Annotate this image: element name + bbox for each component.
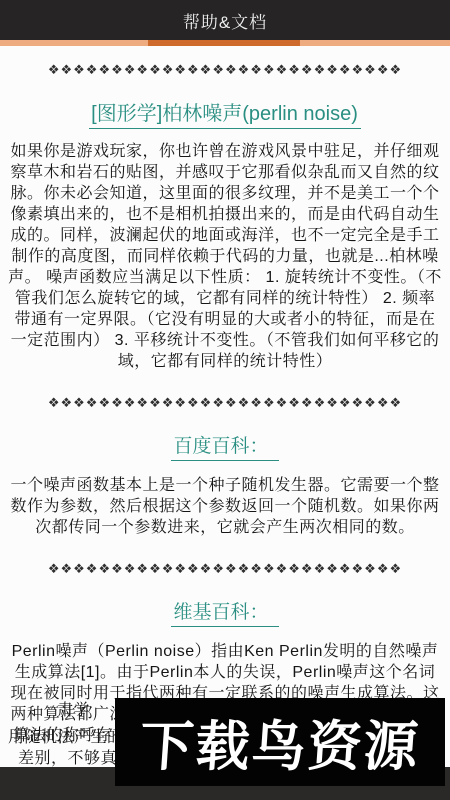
article-title-text: [图形学]柏林噪声(perlin noise) xyxy=(89,97,361,129)
article-title-link[interactable]: [图形学]柏林噪声(perlin noise) xyxy=(8,91,442,129)
ornament-divider: ❖❖❖❖❖❖❖❖❖❖❖❖❖❖❖❖❖❖❖❖❖❖❖❖❖❖❖❖ xyxy=(8,394,442,411)
section-heading-baidu[interactable]: 百度百科： xyxy=(8,431,442,461)
app-header: 帮助&文档 xyxy=(0,0,450,40)
scroll-indicator-thumb[interactable] xyxy=(148,40,300,46)
watermark-overlay: 下载鸟资源 xyxy=(115,698,445,786)
scroll-indicator-track xyxy=(0,40,450,46)
section-heading-wiki[interactable]: 维基百科： xyxy=(8,597,442,627)
ornament-divider: ❖❖❖❖❖❖❖❖❖❖❖❖❖❖❖❖❖❖❖❖❖❖❖❖❖❖❖❖ xyxy=(8,560,442,577)
page-title: 帮助&文档 xyxy=(183,8,267,33)
app-screen: 帮助&文档 ❖❖❖❖❖❖❖❖❖❖❖❖❖❖❖❖❖❖❖❖❖❖❖❖❖❖❖❖ [图形学]… xyxy=(0,0,450,800)
watermark-text: 下载鸟资源 xyxy=(137,704,422,781)
section-body-baidu: 一个噪声函数基本上是一个种子随机发生器。它需要一个整数作为参数，然后根据这个参数… xyxy=(8,475,442,538)
section-heading-baidu-text: 百度百科： xyxy=(171,431,278,461)
ornament-divider: ❖❖❖❖❖❖❖❖❖❖❖❖❖❖❖❖❖❖❖❖❖❖❖❖❖❖❖❖ xyxy=(8,61,442,78)
document-content: ❖❖❖❖❖❖❖❖❖❖❖❖❖❖❖❖❖❖❖❖❖❖❖❖❖❖❖❖ [图形学]柏林噪声(p… xyxy=(0,61,450,746)
section-heading-wiki-text: 维基百科： xyxy=(171,597,278,627)
article-intro-paragraph: 如果你是游戏玩家，你也许曾在游戏风景中驻足，并仔细观察草木和岩石的贴图，并感叹于… xyxy=(8,141,442,372)
section-body-wiki-continued: 肃学 xyxy=(57,700,90,721)
